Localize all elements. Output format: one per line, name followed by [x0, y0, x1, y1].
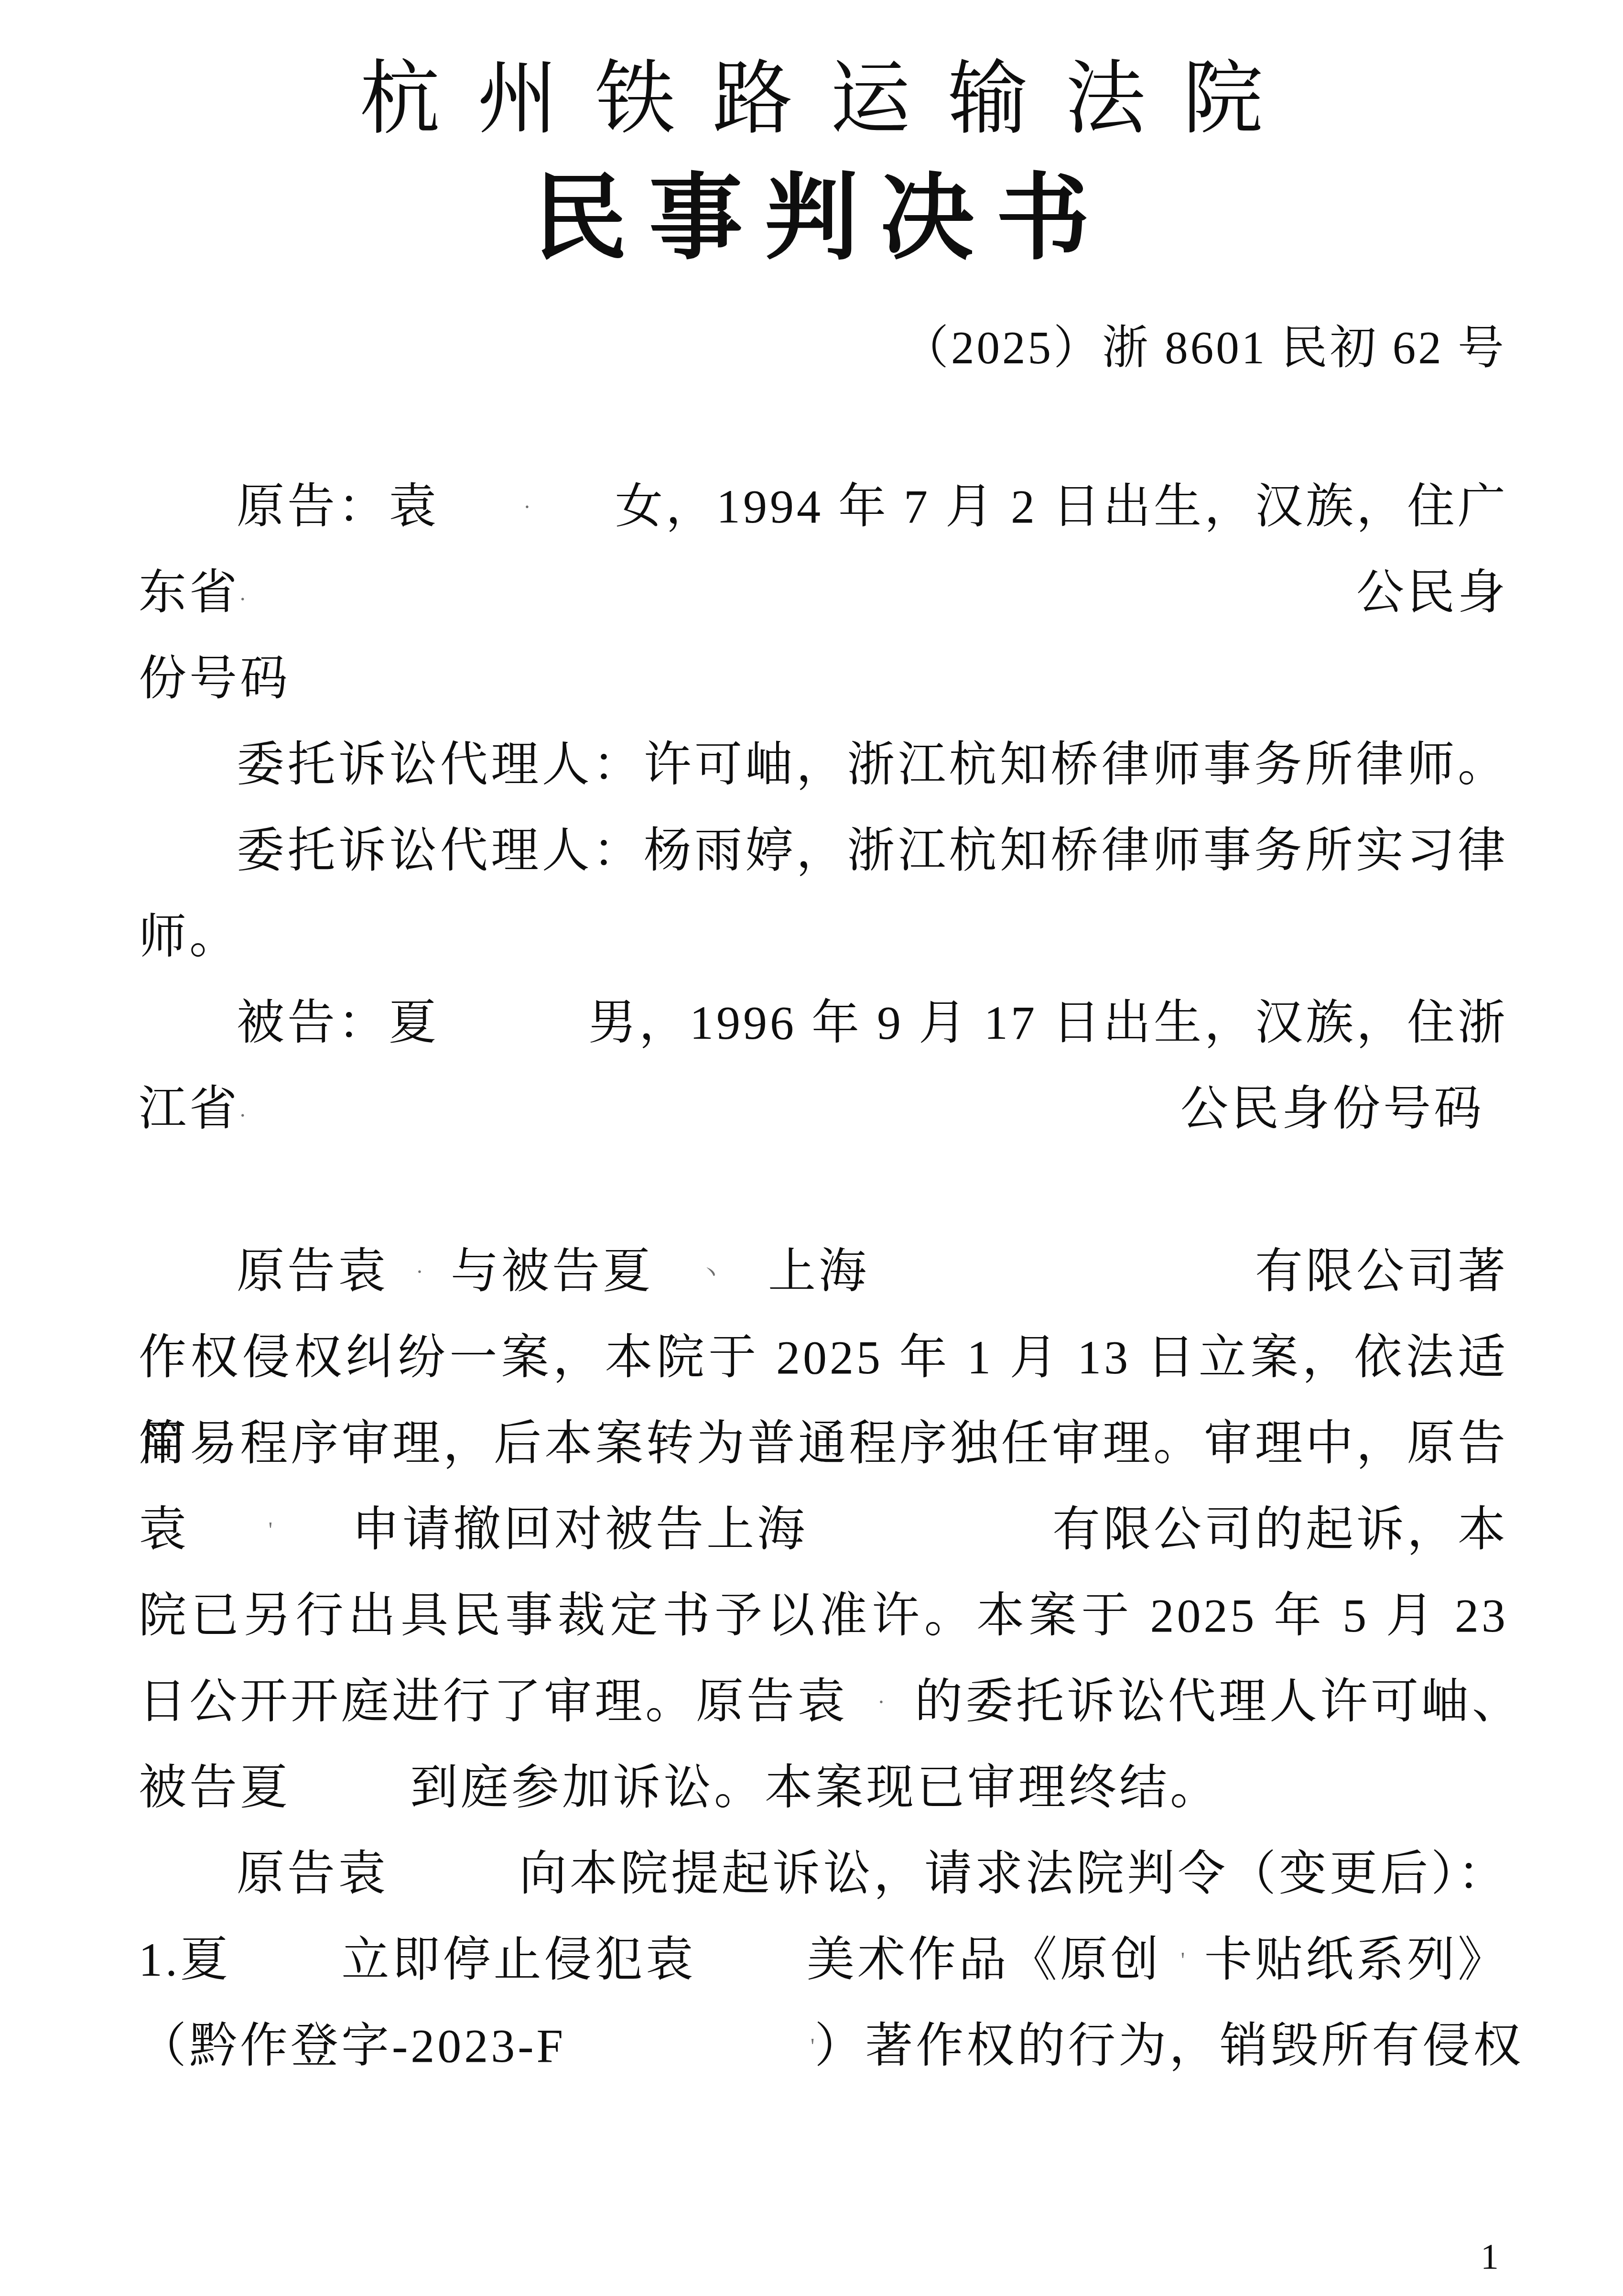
- text-segment: 的委托诉讼代理人许可岫、: [915, 1659, 1523, 1745]
- text-segment: 立即停止侵犯袁: [342, 1917, 696, 2003]
- text-line: 委托诉讼代理人：杨雨婷，浙江杭知桥律师事务所实习律: [139, 808, 1508, 894]
- redaction-gap-artifact: .: [240, 580, 1356, 606]
- paragraph-spacer: [139, 1152, 1508, 1229]
- text-segment: 江省: [139, 1066, 240, 1152]
- text-segment: 公民身: [1356, 550, 1508, 636]
- text-segment: 被告夏: [139, 1745, 291, 1831]
- text-line: （黔作登字-2023-F'）著作权的行为，销毁所有侵权: [139, 2003, 1508, 2089]
- document-page: 杭州铁路运输法院 民事判决书 （2025）浙 8601 民初 62 号 原告：袁…: [0, 0, 1623, 2296]
- text-segment: 与被告夏: [451, 1229, 653, 1315]
- redaction-gap-artifact: 丶: [653, 1256, 768, 1287]
- text-segment: 被告：夏: [237, 980, 439, 1066]
- text-line: 被告夏到庭参加诉讼。本案现已审理终结。: [139, 1745, 1508, 1831]
- redaction-gap-artifact: ': [566, 2034, 814, 2059]
- case-number: （2025）浙 8601 民初 62 号: [139, 310, 1506, 377]
- text-segment: 男，1996 年 9 月 17 日出生，汉族，住浙: [588, 980, 1508, 1066]
- text-line: 作权侵权纠纷一案，本院于 2025 年 1 月 13 日立案，依法适用: [139, 1315, 1508, 1401]
- text-segment: 女，1994 年 7 月 2 日出生，汉族，住广: [615, 464, 1508, 550]
- text-segment: 申请撤回对被告上海: [352, 1487, 808, 1573]
- text-segment: 到庭参加诉讼。本案现已审理终结。: [410, 1745, 1221, 1831]
- text-segment: 原告袁: [237, 1229, 389, 1315]
- text-segment: （黔作登字-2023-F: [139, 2003, 566, 2089]
- text-segment: 1.夏: [139, 1917, 231, 2003]
- redaction-gap-artifact: ': [189, 1517, 352, 1543]
- text-segment: 有限公司的起诉，本: [1052, 1487, 1508, 1573]
- text-segment: 原告袁: [237, 1831, 389, 1917]
- redaction-gap-artifact: ·: [389, 1259, 451, 1284]
- text-line: 日公开开庭进行了审理。原告袁·的委托诉讼代理人许可岫、: [139, 1659, 1508, 1745]
- redaction-gap-artifact: ·: [848, 1689, 915, 1715]
- court-name-title: 杭州铁路运输法院: [0, 34, 1623, 150]
- document-type-title: 民事判决书: [0, 142, 1623, 277]
- page-number: 1: [1459, 2236, 1521, 2278]
- text-segment: 向本院提起诉讼，请求法院判令（变更后）：: [519, 1831, 1508, 1917]
- text-segment: 上海: [768, 1229, 869, 1315]
- text-line: 被告：夏男，1996 年 9 月 17 日出生，汉族，住浙: [139, 980, 1508, 1066]
- redaction-gap-artifact: .: [240, 1097, 1180, 1122]
- redaction-gap-artifact: ': [1161, 1948, 1204, 1973]
- text-line: 袁'申请撤回对被告上海有限公司的起诉，本: [139, 1487, 1508, 1573]
- text-line: 原告：袁·女，1994 年 7 月 2 日出生，汉族，住广: [139, 464, 1508, 550]
- text-line: 原告袁向本院提起诉讼，请求法院判令（变更后）：: [139, 1831, 1508, 1917]
- text-line: 原告袁·与被告夏丶上海有限公司著: [139, 1229, 1508, 1315]
- text-segment: 原告：袁: [237, 464, 439, 550]
- text-segment: 袁: [139, 1487, 189, 1573]
- text-line: 1.夏立即停止侵犯袁美术作品《原创'卡贴纸系列》: [139, 1917, 1508, 2003]
- text-segment: 有限公司著: [1255, 1229, 1508, 1315]
- text-segment: 美术作品《原创: [807, 1917, 1161, 2003]
- text-segment: 日公开开庭进行了审理。原告袁: [139, 1659, 848, 1745]
- text-segment: 卡贴纸系列》: [1204, 1917, 1508, 2003]
- body-text: 原告：袁·女，1994 年 7 月 2 日出生，汉族，住广东省.公民身份号码委托…: [139, 464, 1508, 2089]
- redaction-gap-artifact: ·: [439, 494, 615, 520]
- text-segment: 东省: [139, 550, 240, 636]
- text-line: 委托诉讼代理人：许可岫，浙江杭知桥律师事务所律师。: [139, 722, 1508, 808]
- text-segment: ）著作权的行为，销毁所有侵权: [814, 2003, 1524, 2089]
- text-line: 院已另行出具民事裁定书予以准许。本案于 2025 年 5 月 23: [139, 1573, 1508, 1659]
- text-line: 东省.公民身: [139, 550, 1508, 636]
- text-segment: 公民身份号码: [1180, 1066, 1484, 1152]
- text-line: 师。: [139, 894, 1508, 980]
- text-line: 简易程序审理，后本案转为普通程序独任审理。审理中，原告: [139, 1401, 1508, 1487]
- text-line: 江省.公民身份号码: [139, 1066, 1508, 1152]
- text-line: 份号码: [139, 636, 1508, 722]
